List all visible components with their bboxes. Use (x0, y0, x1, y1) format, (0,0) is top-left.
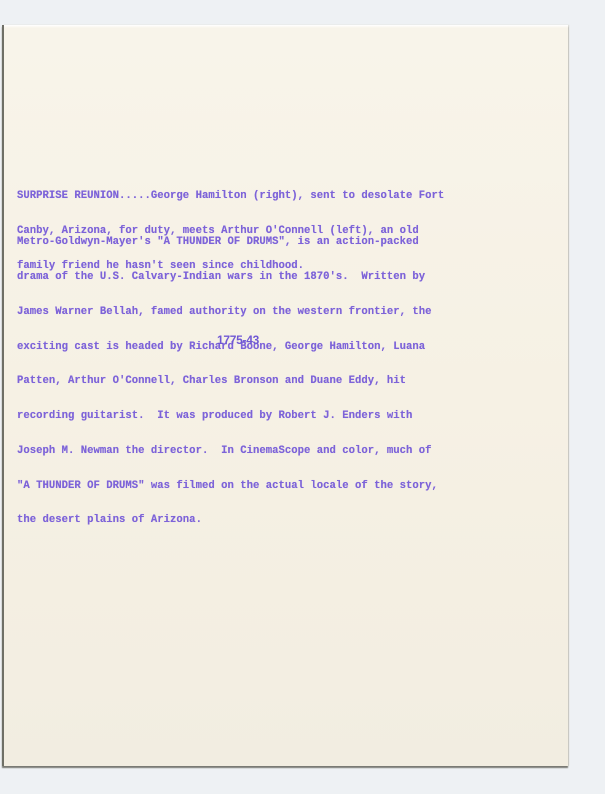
body-line: "A THUNDER OF DRUMS" was filmed on the a… (17, 481, 438, 493)
body-line: Patten, Arthur O'Connell, Charles Bronso… (17, 376, 438, 388)
reference-number: 1775-43 (217, 333, 259, 347)
caption-line: SURPRISE REUNION.....George Hamilton (ri… (17, 191, 444, 203)
body-line: Joseph M. Newman the director. In Cinema… (17, 446, 438, 458)
body-line: the desert plains of Arizona. (17, 515, 438, 527)
body-line: drama of the U.S. Calvary-Indian wars in… (17, 272, 438, 284)
body-line: James Warner Bellah, famed authority on … (17, 307, 438, 319)
film-description: Metro-Goldwyn-Mayer's "A THUNDER OF DRUM… (17, 214, 438, 550)
body-line: recording guitarist. It was produced by … (17, 411, 438, 423)
body-line: Metro-Goldwyn-Mayer's "A THUNDER OF DRUM… (17, 237, 438, 249)
press-sheet: SURPRISE REUNION.....George Hamilton (ri… (2, 25, 568, 766)
